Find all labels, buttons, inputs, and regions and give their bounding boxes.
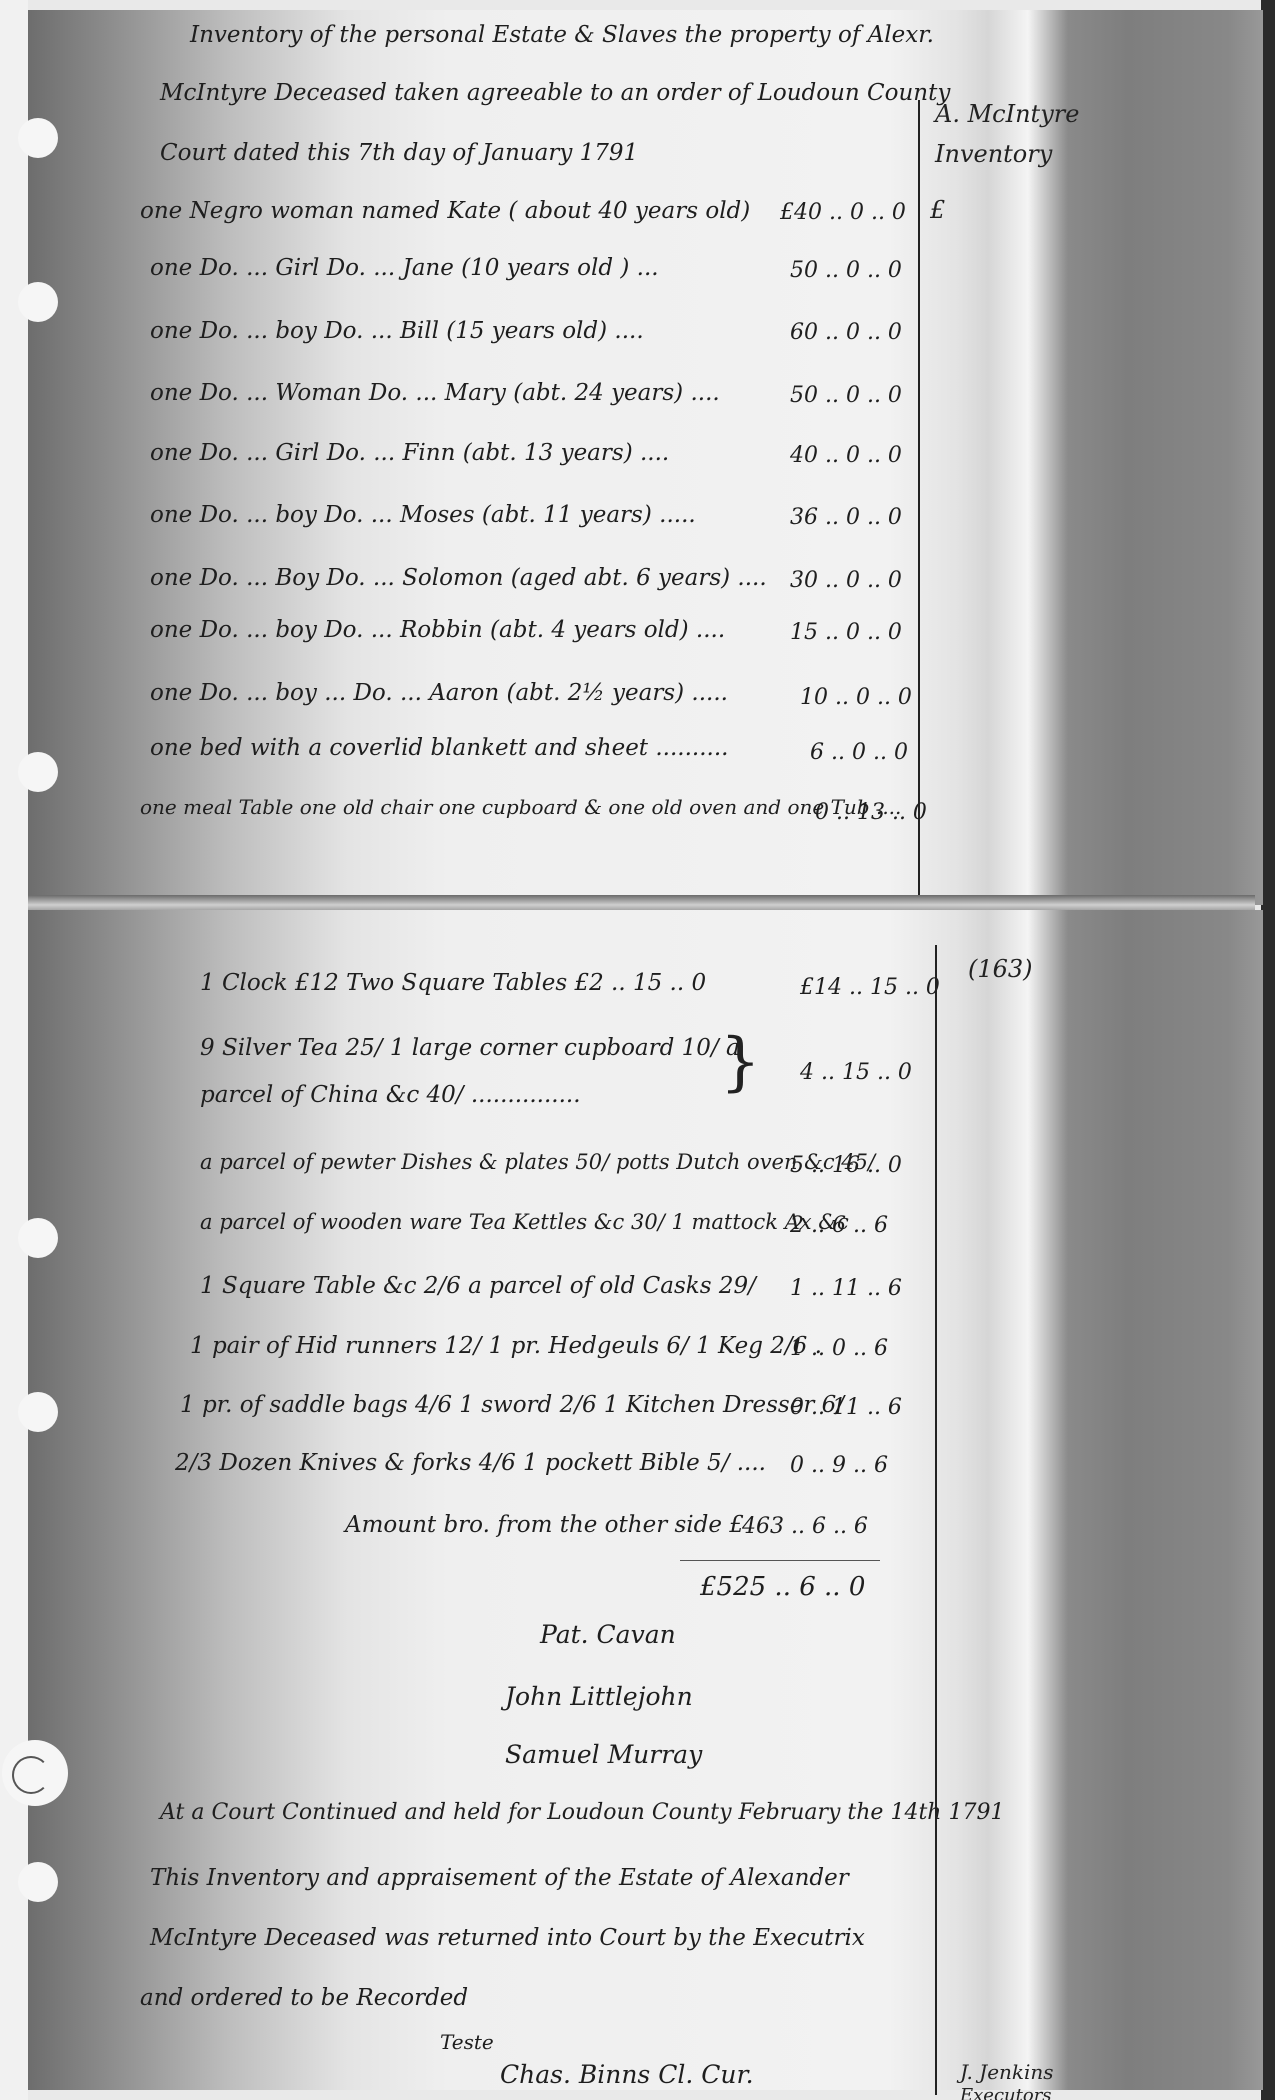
clerk-signature: Chas. Binns Cl. Cur. <box>500 2060 754 2089</box>
binder-hole <box>18 752 58 792</box>
entry-text: one Do. ... boy ... Do. ... Aaron (abt. … <box>150 680 728 706</box>
grand-total: £525 .. 6 .. 0 <box>700 1572 865 1602</box>
margin-note-bottom: Executors <box>960 2085 1052 2100</box>
entry-amount: 30 .. 0 .. 0 <box>790 568 902 593</box>
carried-forward-text: Amount bro. from the other side £ <box>345 1512 744 1538</box>
entry-text: a parcel of pewter Dishes & plates 50/ p… <box>200 1150 875 1174</box>
entry-amount: 6 .. 0 .. 0 <box>810 740 908 765</box>
entry-text: one Do. ... Boy Do. ... Solomon (aged ab… <box>150 565 767 591</box>
entry-amount: 60 .. 0 .. 0 <box>790 320 902 345</box>
appraiser-signature: Samuel Murray <box>505 1740 702 1769</box>
heading-line-1: Inventory of the personal Estate & Slave… <box>190 22 934 48</box>
court-record-line: This Inventory and appraisement of the E… <box>150 1865 849 1891</box>
carried-forward-amount: 463 .. 6 .. 6 <box>742 1514 868 1539</box>
court-record-line: McIntyre Deceased was returned into Cour… <box>150 1925 865 1951</box>
entry-amount: 5 .. 16 .. 0 <box>790 1153 902 1178</box>
entry-text: one Do. ... boy Do. ... Bill (15 years o… <box>150 318 644 344</box>
entry-amount: 0 .. 13 .. 0 <box>815 800 927 825</box>
entry-amount: 50 .. 0 .. 0 <box>790 258 902 283</box>
entry-text: 1 Clock £12 Two Square Tables £2 .. 15 .… <box>200 970 706 996</box>
margin-rule-bottom <box>935 945 937 2095</box>
entry-text: 2/3 Dozen Knives & forks 4/6 1 pockett B… <box>175 1450 766 1476</box>
entry-text: one Do. ... boy Do. ... Moses (abt. 11 y… <box>150 502 696 528</box>
entry-amount: 36 .. 0 .. 0 <box>790 505 902 530</box>
entry-amount: 4 .. 15 .. 0 <box>800 1060 912 1085</box>
entry-amount: 10 .. 0 .. 0 <box>800 685 912 710</box>
court-record-line: At a Court Continued and held for Loudou… <box>160 1800 1004 1825</box>
binder-hole <box>18 1218 58 1258</box>
entry-amount: 50 .. 0 .. 0 <box>790 383 902 408</box>
entry-amount: 0 .. 9 .. 6 <box>790 1453 888 1478</box>
margin-note-title: Inventory <box>935 140 1052 168</box>
court-record-line: and ordered to be Recorded <box>140 1985 468 2011</box>
entry-text: one Do. ... Woman Do. ... Mary (abt. 24 … <box>150 380 720 406</box>
entry-amount: 40 .. 0 .. 0 <box>790 443 902 468</box>
teste-label: Teste <box>440 2030 494 2054</box>
appraiser-signature: Pat. Cavan <box>540 1620 676 1649</box>
entry-text: 1 pr. of saddle bags 4/6 1 sword 2/6 1 K… <box>180 1392 844 1418</box>
entry-text: 1 pair of Hid runners 12/ 1 pr. Hedgeuls… <box>190 1333 822 1359</box>
entry-amount: £40 .. 0 .. 0 <box>780 200 906 225</box>
binder-hole <box>18 118 58 158</box>
entry-amount: 0 .. 11 .. 6 <box>790 1395 902 1420</box>
entry-text: parcel of China &c 40/ ............... <box>200 1082 581 1108</box>
entry-amount: £14 .. 15 .. 0 <box>800 975 940 1000</box>
heading-line-2: McIntyre Deceased taken agreeable to an … <box>160 80 950 106</box>
margin-rule-top <box>918 100 920 900</box>
scan-frame-right <box>1261 0 1275 2100</box>
entry-text: 1 Square Table &c 2/6 a parcel of old Ca… <box>200 1273 756 1299</box>
margin-note-bottom: J. Jenkins <box>960 2060 1054 2084</box>
entry-text: 9 Silver Tea 25/ 1 large corner cupboard… <box>200 1035 740 1061</box>
entry-text: one Do. ... Girl Do. ... Finn (abt. 13 y… <box>150 440 669 466</box>
binder-hole <box>18 1392 58 1432</box>
binder-hole-reinforced <box>2 1740 68 1806</box>
page-number: (163) <box>968 955 1033 983</box>
entry-text: one Negro woman named Kate ( about 40 ye… <box>140 198 750 224</box>
entry-amount: 1 .. 11 .. 6 <box>790 1276 902 1301</box>
entry-text: one Do. ... boy Do. ... Robbin (abt. 4 y… <box>150 617 725 643</box>
binder-hole <box>18 1862 58 1902</box>
total-rule <box>680 1560 880 1561</box>
grouping-brace: } <box>720 1030 761 1094</box>
entry-text: one meal Table one old chair one cupboar… <box>140 795 901 819</box>
binder-hole <box>18 282 58 322</box>
entry-amount: 2 .. 6 .. 6 <box>790 1213 888 1238</box>
margin-note-name: A. McIntyre <box>935 100 1079 128</box>
entry-amount: 15 .. 0 .. 0 <box>790 620 902 645</box>
entry-amount: 1 .. 0 .. 6 <box>790 1336 888 1361</box>
entry-text: a parcel of wooden ware Tea Kettles &c 3… <box>200 1210 849 1234</box>
appraiser-signature: John Littlejohn <box>505 1682 693 1711</box>
margin-currency: £ <box>930 196 945 224</box>
heading-line-3: Court dated this 7th day of January 1791 <box>160 140 638 166</box>
entry-text: one Do. ... Girl Do. ... Jane (10 years … <box>150 255 659 281</box>
entry-text: one bed with a coverlid blankett and she… <box>150 735 728 761</box>
